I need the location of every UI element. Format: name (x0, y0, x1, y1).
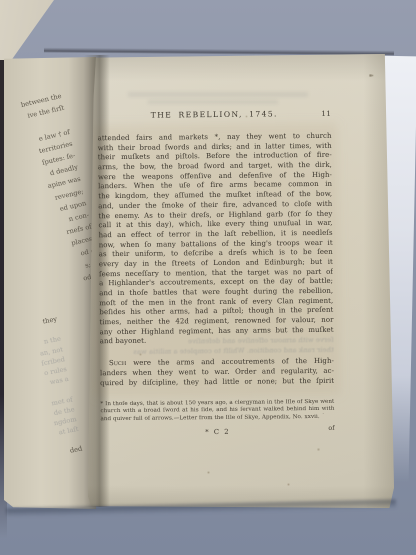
catchword: of (328, 425, 334, 432)
text-block: THE REBELLION, 1745. 11 attended fairs a… (97, 109, 334, 440)
lead-word-small-caps: Such (109, 359, 126, 367)
book-photo-scene: between the ive the firſt e law † of ter… (0, 0, 416, 555)
page-number: 11 (321, 109, 331, 117)
running-header-title: THE REBELLION, 1745. (97, 109, 331, 120)
page-top-edge-shadow (44, 47, 394, 55)
paragraph-1: attended fairs and markets *, nay they w… (98, 132, 334, 348)
paper-specks (88, 54, 89, 55)
ink-showthrough-smudge (148, 100, 278, 104)
left-page-corner (0, 0, 54, 64)
signature-mark: * C 2 (101, 427, 335, 437)
paragraph-2: Such were the arms and accoutrements of … (100, 357, 334, 389)
book-page: THE REBELLION, 1745. 11 attended fairs a… (88, 54, 394, 508)
footnote-line: and quiver full of arrows.—Letter from t… (100, 414, 334, 424)
running-header: THE REBELLION, 1745. 11 (97, 109, 331, 121)
text-line-rest: were the arms and accoutrements of the H… (126, 357, 334, 367)
ink-showthrough-smudge (128, 92, 308, 97)
signature-row: * C 2 of (101, 427, 335, 439)
footnote: * In thoſe days, that is about 150 years… (100, 399, 334, 423)
